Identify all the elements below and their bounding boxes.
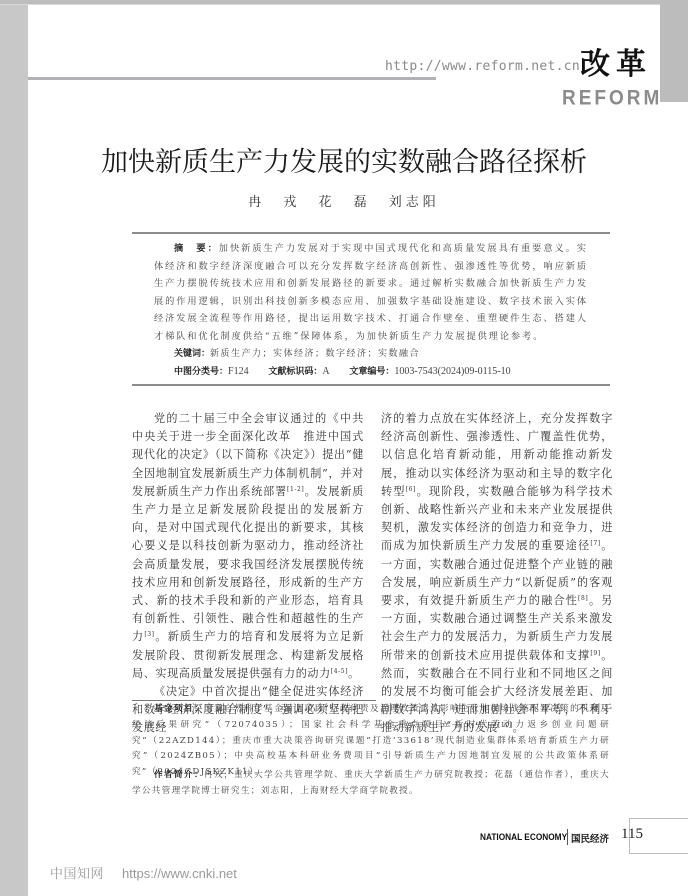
journal-name-en: NATIONAL ECONOMY (480, 832, 567, 842)
cnki-watermark: 中国知网https://www.cnki.net (50, 863, 237, 882)
body-paragraph: 济的着力点放在实体经济上，充分发挥数字经济高创新性、强渗透性、广覆盖性优势，以信… (381, 410, 613, 738)
abstract-top-rule (132, 232, 610, 234)
journal-name-cn: 国民经济 (571, 831, 609, 845)
body-column-right: 济的着力点放在实体经济上，充分发挥数字经济高创新性、强渗透性、广覆盖性优势，以信… (381, 410, 613, 738)
funding-text: 国家自然科学基金面上项目“行政问责及治理政策工具影响企业非市场战略配置决策的机理… (132, 704, 610, 777)
page-number: 115 (621, 826, 643, 843)
watermark-site-cn: 中国知网 (50, 867, 104, 882)
clc-value: F124 (228, 366, 249, 377)
body-paragraph: 党的二十届三中全会审议通过的《中共中央关于进一步全面深化改革 推进中国式现代化的… (132, 410, 364, 683)
article-no-value: 1003-7543(2024)09-0115-10 (394, 366, 510, 377)
classification-line: 中图分类号：F124 文献标识码：A 文章编号：1003-7543(2024)0… (174, 364, 604, 377)
funding-label: 基金项目： (154, 704, 204, 714)
abstract-bottom-rule (132, 384, 610, 386)
article-no-label: 文章编号： (349, 367, 394, 377)
author-note: 作者简介：冉戎，重庆大学公共管理学院、重庆大学新质生产力研究院教授；花磊（通信作… (132, 768, 610, 800)
article-authors: 冉 戎 花 磊 刘志阳 (0, 191, 688, 210)
author-info-label: 作者简介： (154, 770, 204, 780)
abstract-text: 加快新质生产力发展对于实现中国式现代化和高质量发展具有重要意义。实体经济和数字经… (154, 243, 588, 342)
article-title: 加快新质生产力发展的实数融合路径探析 (0, 140, 688, 179)
citation[interactable]: [1-2] (287, 486, 304, 493)
citation[interactable]: [4-5] (331, 668, 348, 675)
abstract-label: 摘 要： (174, 243, 219, 254)
abstract: 摘 要：加快新质生产力发展对于实现中国式现代化和高质量发展具有重要意义。实体经济… (154, 240, 588, 346)
author-info-text: 冉戎，重庆大学公共管理学院、重庆大学新质生产力研究院教授；花磊（通信作者），重庆… (132, 770, 610, 796)
keywords-text: 新质生产力；实体经济；数字经济；实数融合 (210, 349, 420, 359)
header-url: http://www.reform.net.cn (385, 59, 580, 74)
citation[interactable]: [8] (578, 595, 588, 602)
doc-code-value: A (322, 366, 329, 377)
citation[interactable]: [3] (144, 631, 154, 638)
body-column-left: 党的二十届三中全会审议通过的《中共中央关于进一步全面深化改革 推进中国式现代化的… (132, 410, 364, 738)
watermark-url[interactable]: https://www.cnki.net (122, 866, 237, 881)
citation[interactable]: [6] (406, 486, 416, 493)
journal-logo-en: REFORM (562, 87, 662, 111)
journal-logo-cn: 改革 (580, 48, 652, 82)
keywords: 关键词：新质生产力；实体经济；数字经济；实数融合 (174, 346, 604, 359)
footnote-rule (132, 700, 376, 701)
citation[interactable]: [7] (590, 540, 600, 547)
clc-label: 中图分类号： (174, 367, 228, 377)
citation[interactable]: [9] (590, 650, 600, 657)
header-rule (28, 77, 436, 80)
page-corner-tab (660, 0, 688, 102)
doc-code-label: 文献标识码： (268, 367, 322, 377)
keywords-label: 关键词： (174, 349, 210, 359)
journal-separator (567, 829, 568, 845)
